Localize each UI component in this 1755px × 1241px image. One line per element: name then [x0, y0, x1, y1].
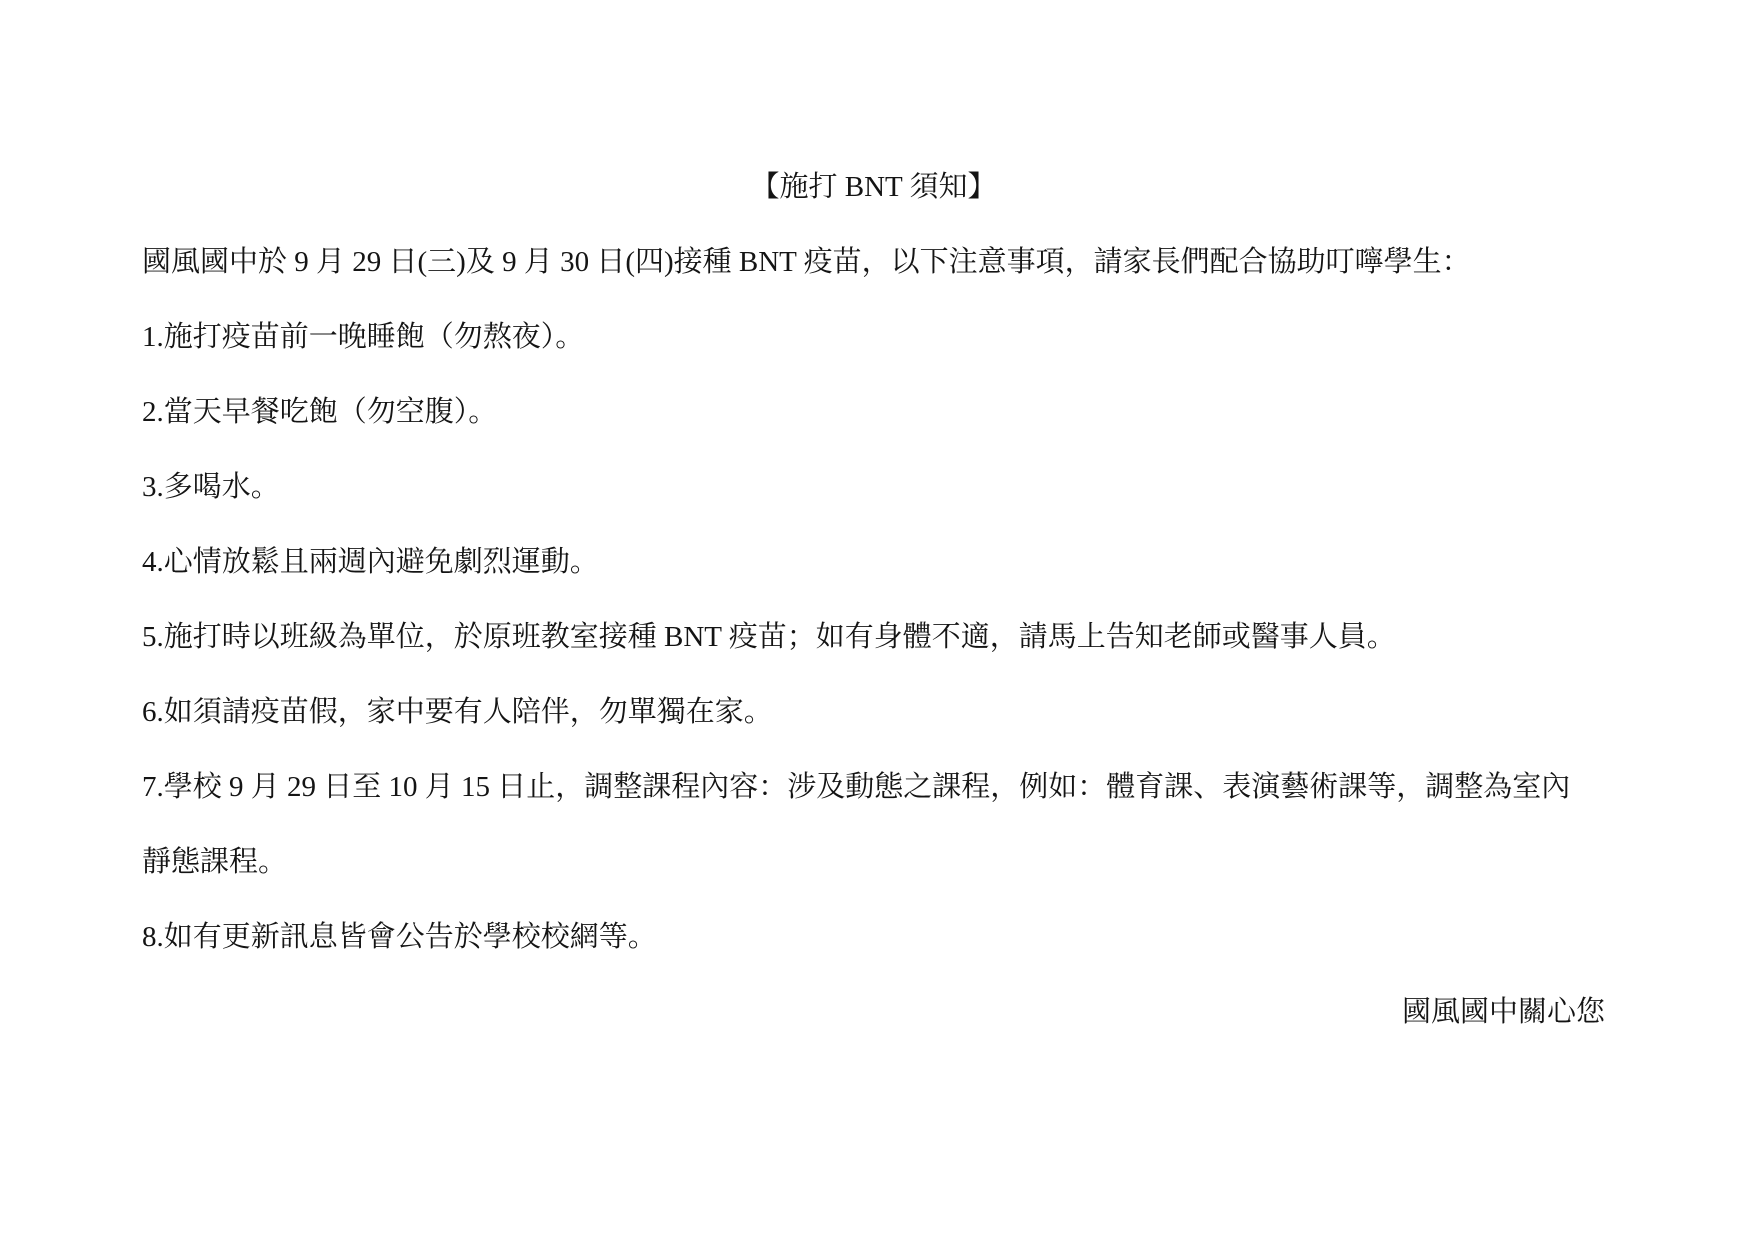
closing-signature: 國風國中關心您	[142, 975, 1605, 1050]
document-title: 【施打 BNT 須知】	[142, 150, 1605, 225]
intro-paragraph: 國風國中於 9 月 29 日(三)及 9 月 30 日(四)接種 BNT 疫苗，…	[142, 225, 1605, 300]
notice-item-7: 7.學校 9 月 29 日至 10 月 15 日止，調整課程內容：涉及動態之課程…	[142, 750, 1605, 900]
notice-item-8: 8.如有更新訊息皆會公告於學校校網等。	[142, 900, 1605, 975]
notice-item-1: 1.施打疫苗前一晚睡飽（勿熬夜）。	[142, 300, 1605, 375]
notice-item-4: 4.心情放鬆且兩週內避免劇烈運動。	[142, 525, 1605, 600]
notice-item-3: 3.多喝水。	[142, 450, 1605, 525]
document-page: 【施打 BNT 須知】 國風國中於 9 月 29 日(三)及 9 月 30 日(…	[0, 0, 1755, 1241]
notice-item-6: 6.如須請疫苗假，家中要有人陪伴，勿單獨在家。	[142, 675, 1605, 750]
notice-item-5: 5.施打時以班級為單位，於原班教室接種 BNT 疫苗；如有身體不適，請馬上告知老…	[142, 600, 1605, 675]
notice-item-2: 2.當天早餐吃飽（勿空腹）。	[142, 375, 1605, 450]
